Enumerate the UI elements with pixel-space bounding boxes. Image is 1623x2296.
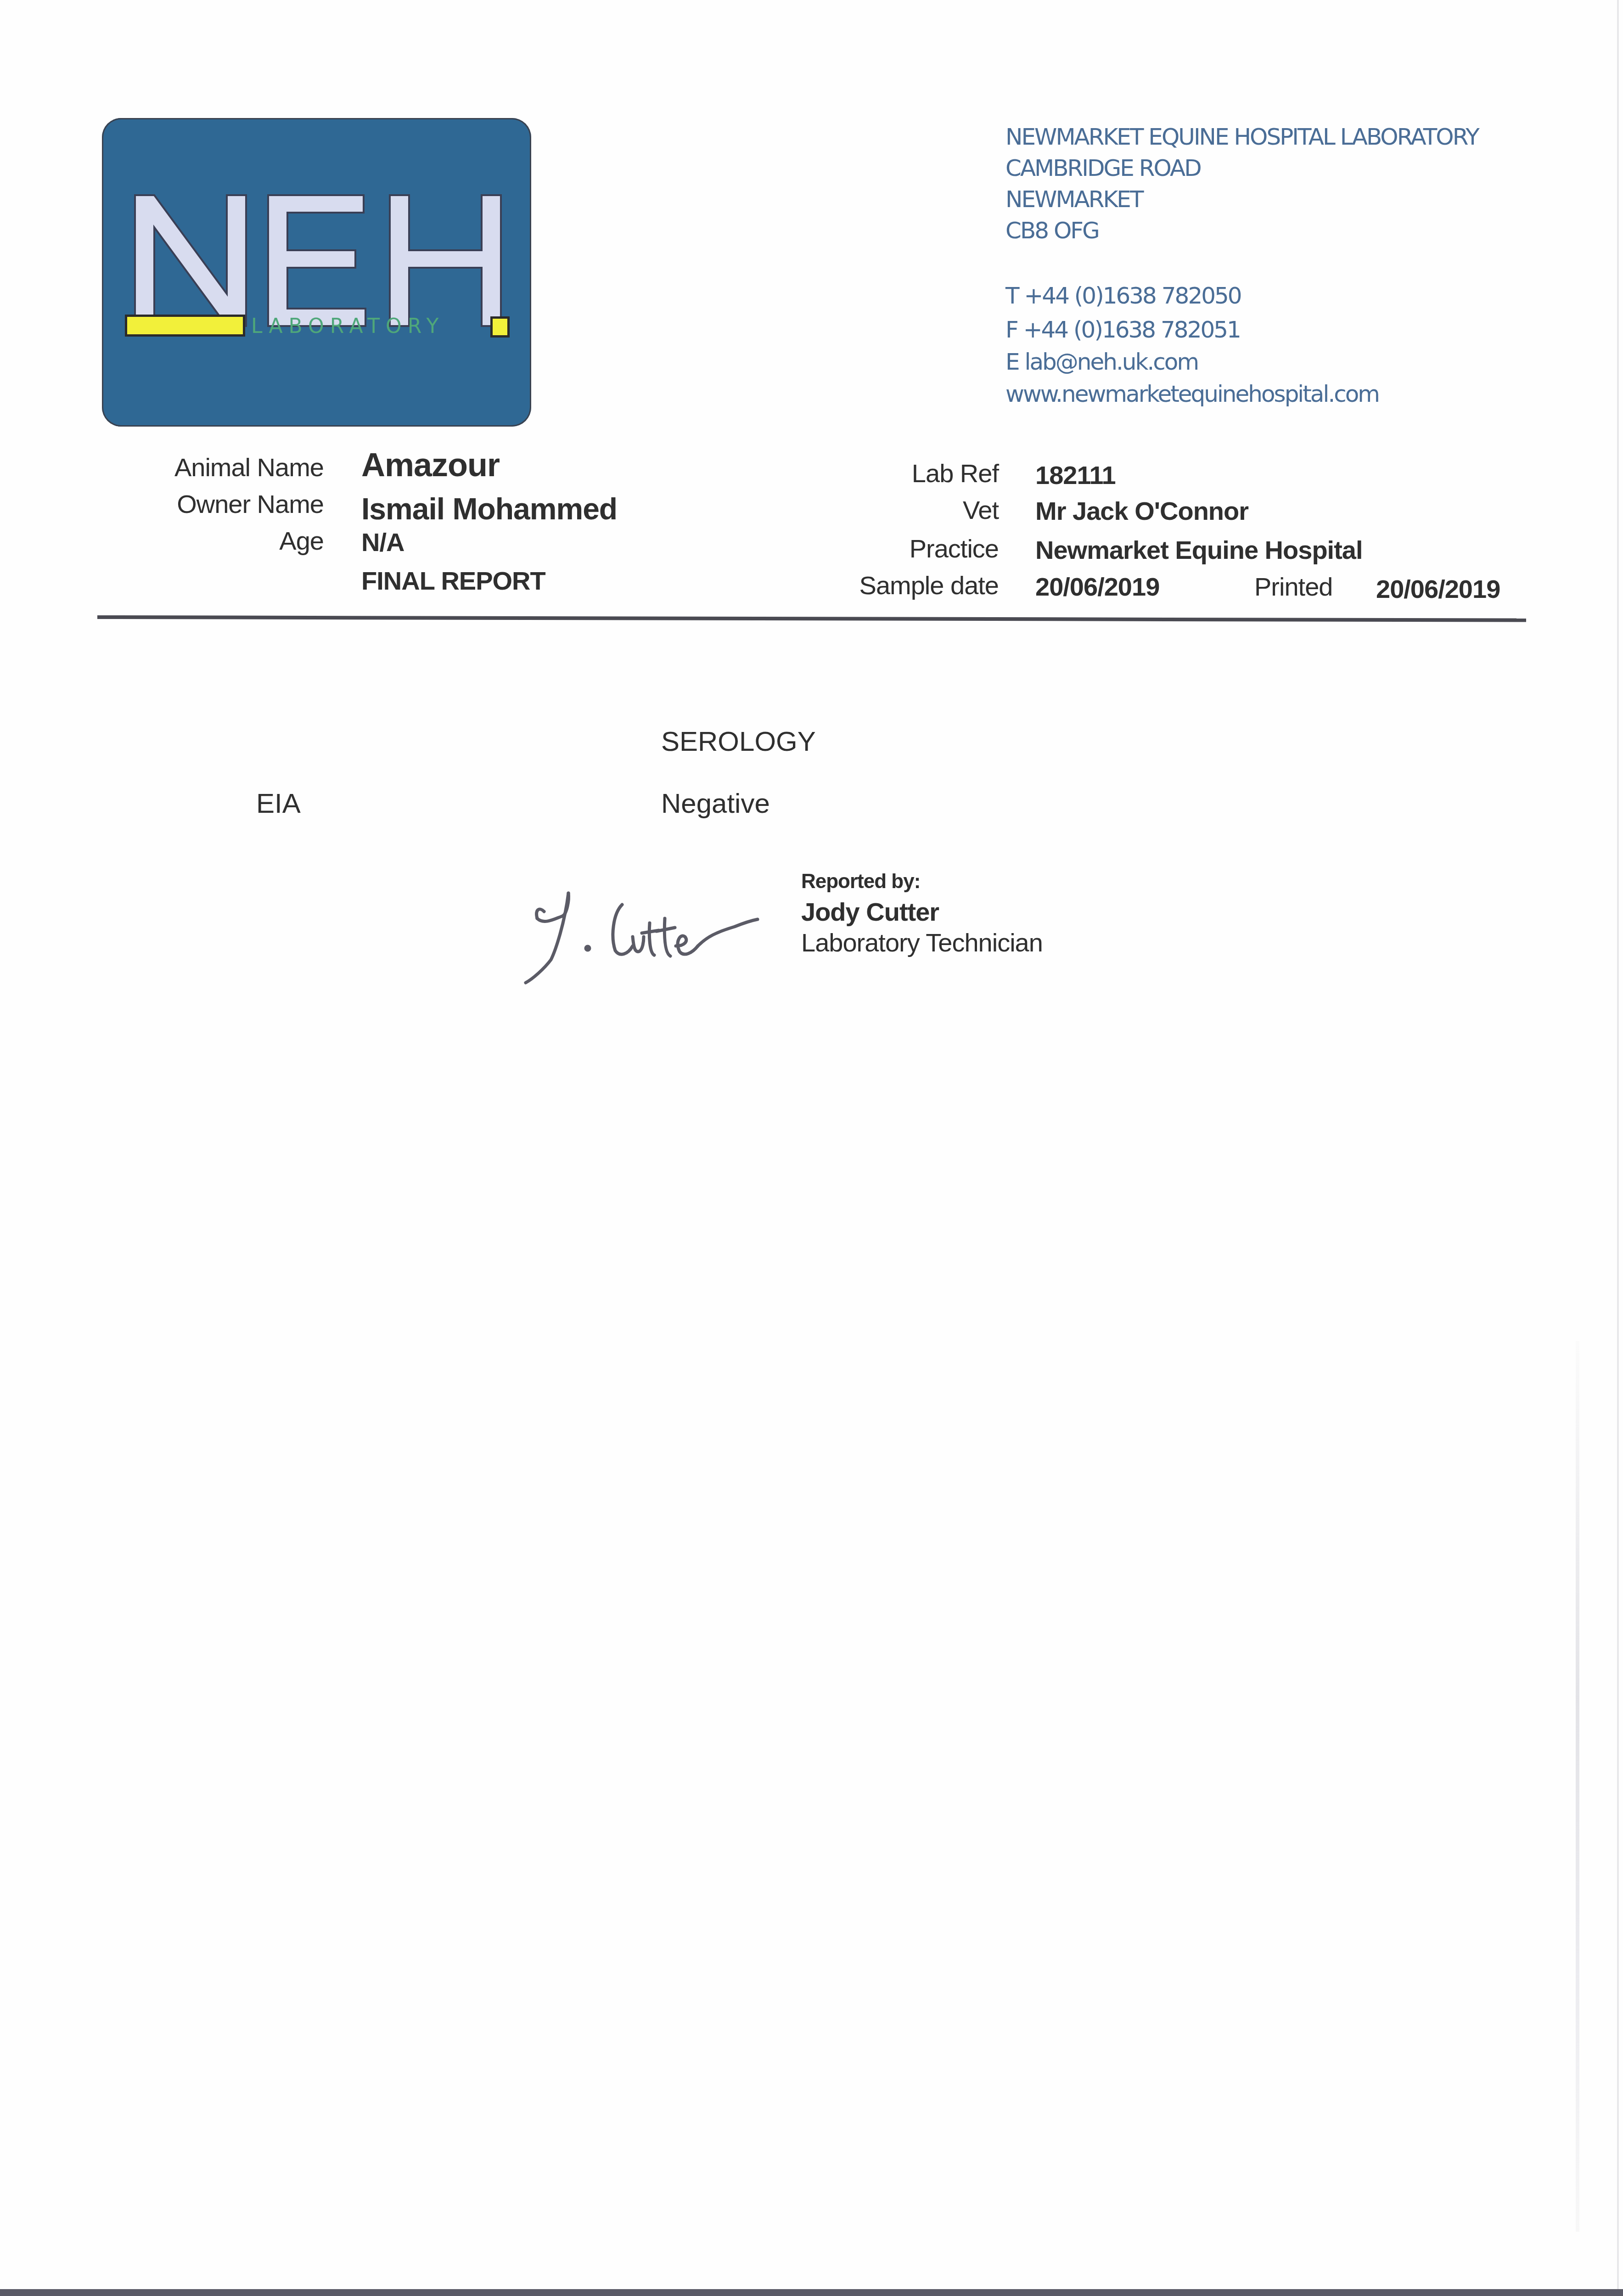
sample-date-value: 20/06/2019 xyxy=(1035,572,1159,602)
phone-number: T +44 (0)1638 782050 xyxy=(1005,282,1241,310)
practice-value: Newmarket Equine Hospital xyxy=(1035,535,1363,565)
reported-by-label: Reported by: xyxy=(801,870,920,893)
neh-laboratory-logo: LABORATORY xyxy=(102,118,531,427)
email-address[interactable]: E lab@neh.uk.com xyxy=(1005,348,1198,376)
website-link[interactable]: www.newmarketequinehospital.com xyxy=(1005,380,1379,408)
practice-label: Practice xyxy=(910,534,999,563)
vet-label: Vet xyxy=(963,495,999,525)
fax-number: F +44 (0)1638 782051 xyxy=(1005,316,1240,343)
scan-edge-bottom xyxy=(0,2289,1623,2296)
animal-name-value: Amazour xyxy=(361,446,500,484)
section-title-serology: SEROLOGY xyxy=(661,726,816,757)
lab-report-page: LABORATORY NEWMARKET EQUINE HOSPITAL LAB… xyxy=(0,0,1623,2296)
report-status: FINAL REPORT xyxy=(361,566,545,596)
test-result-eia: Negative xyxy=(661,788,770,819)
header-divider xyxy=(97,615,1526,622)
test-name-eia: EIA xyxy=(256,788,301,819)
printed-label: Printed xyxy=(1254,572,1332,602)
lab-ref-label: Lab Ref xyxy=(912,458,999,488)
owner-name-label: Owner Name xyxy=(177,489,324,519)
age-value: N/A xyxy=(361,527,404,557)
lab-ref-value: 182111 xyxy=(1035,460,1116,490)
address-line1: CAMBRIDGE ROAD xyxy=(1005,154,1201,182)
scan-edge-right xyxy=(1617,0,1619,2289)
logo-letters-neh xyxy=(130,191,507,328)
age-label: Age xyxy=(279,526,324,556)
vet-value: Mr Jack O'Connor xyxy=(1035,496,1248,526)
printed-date-value: 20/06/2019 xyxy=(1376,574,1500,604)
animal-name-label: Animal Name xyxy=(174,452,324,482)
owner-name-value: Ismail Mohammed xyxy=(361,491,617,526)
reporter-name: Jody Cutter xyxy=(801,897,939,927)
address-line2: NEWMARKET xyxy=(1005,186,1142,213)
lab-name: NEWMARKET EQUINE HOSPITAL LABORATORY xyxy=(1005,123,1478,151)
logo-subtitle: LABORATORY xyxy=(251,315,488,338)
address-postcode: CB8 OFG xyxy=(1005,217,1099,244)
scan-streak xyxy=(1576,1341,1579,2232)
logo-accent-bar-left xyxy=(125,315,245,337)
sample-date-label: Sample date xyxy=(859,570,999,600)
reporter-title: Laboratory Technician xyxy=(801,928,1043,957)
logo-accent-bar-right xyxy=(490,316,510,338)
signature-image xyxy=(519,872,776,987)
